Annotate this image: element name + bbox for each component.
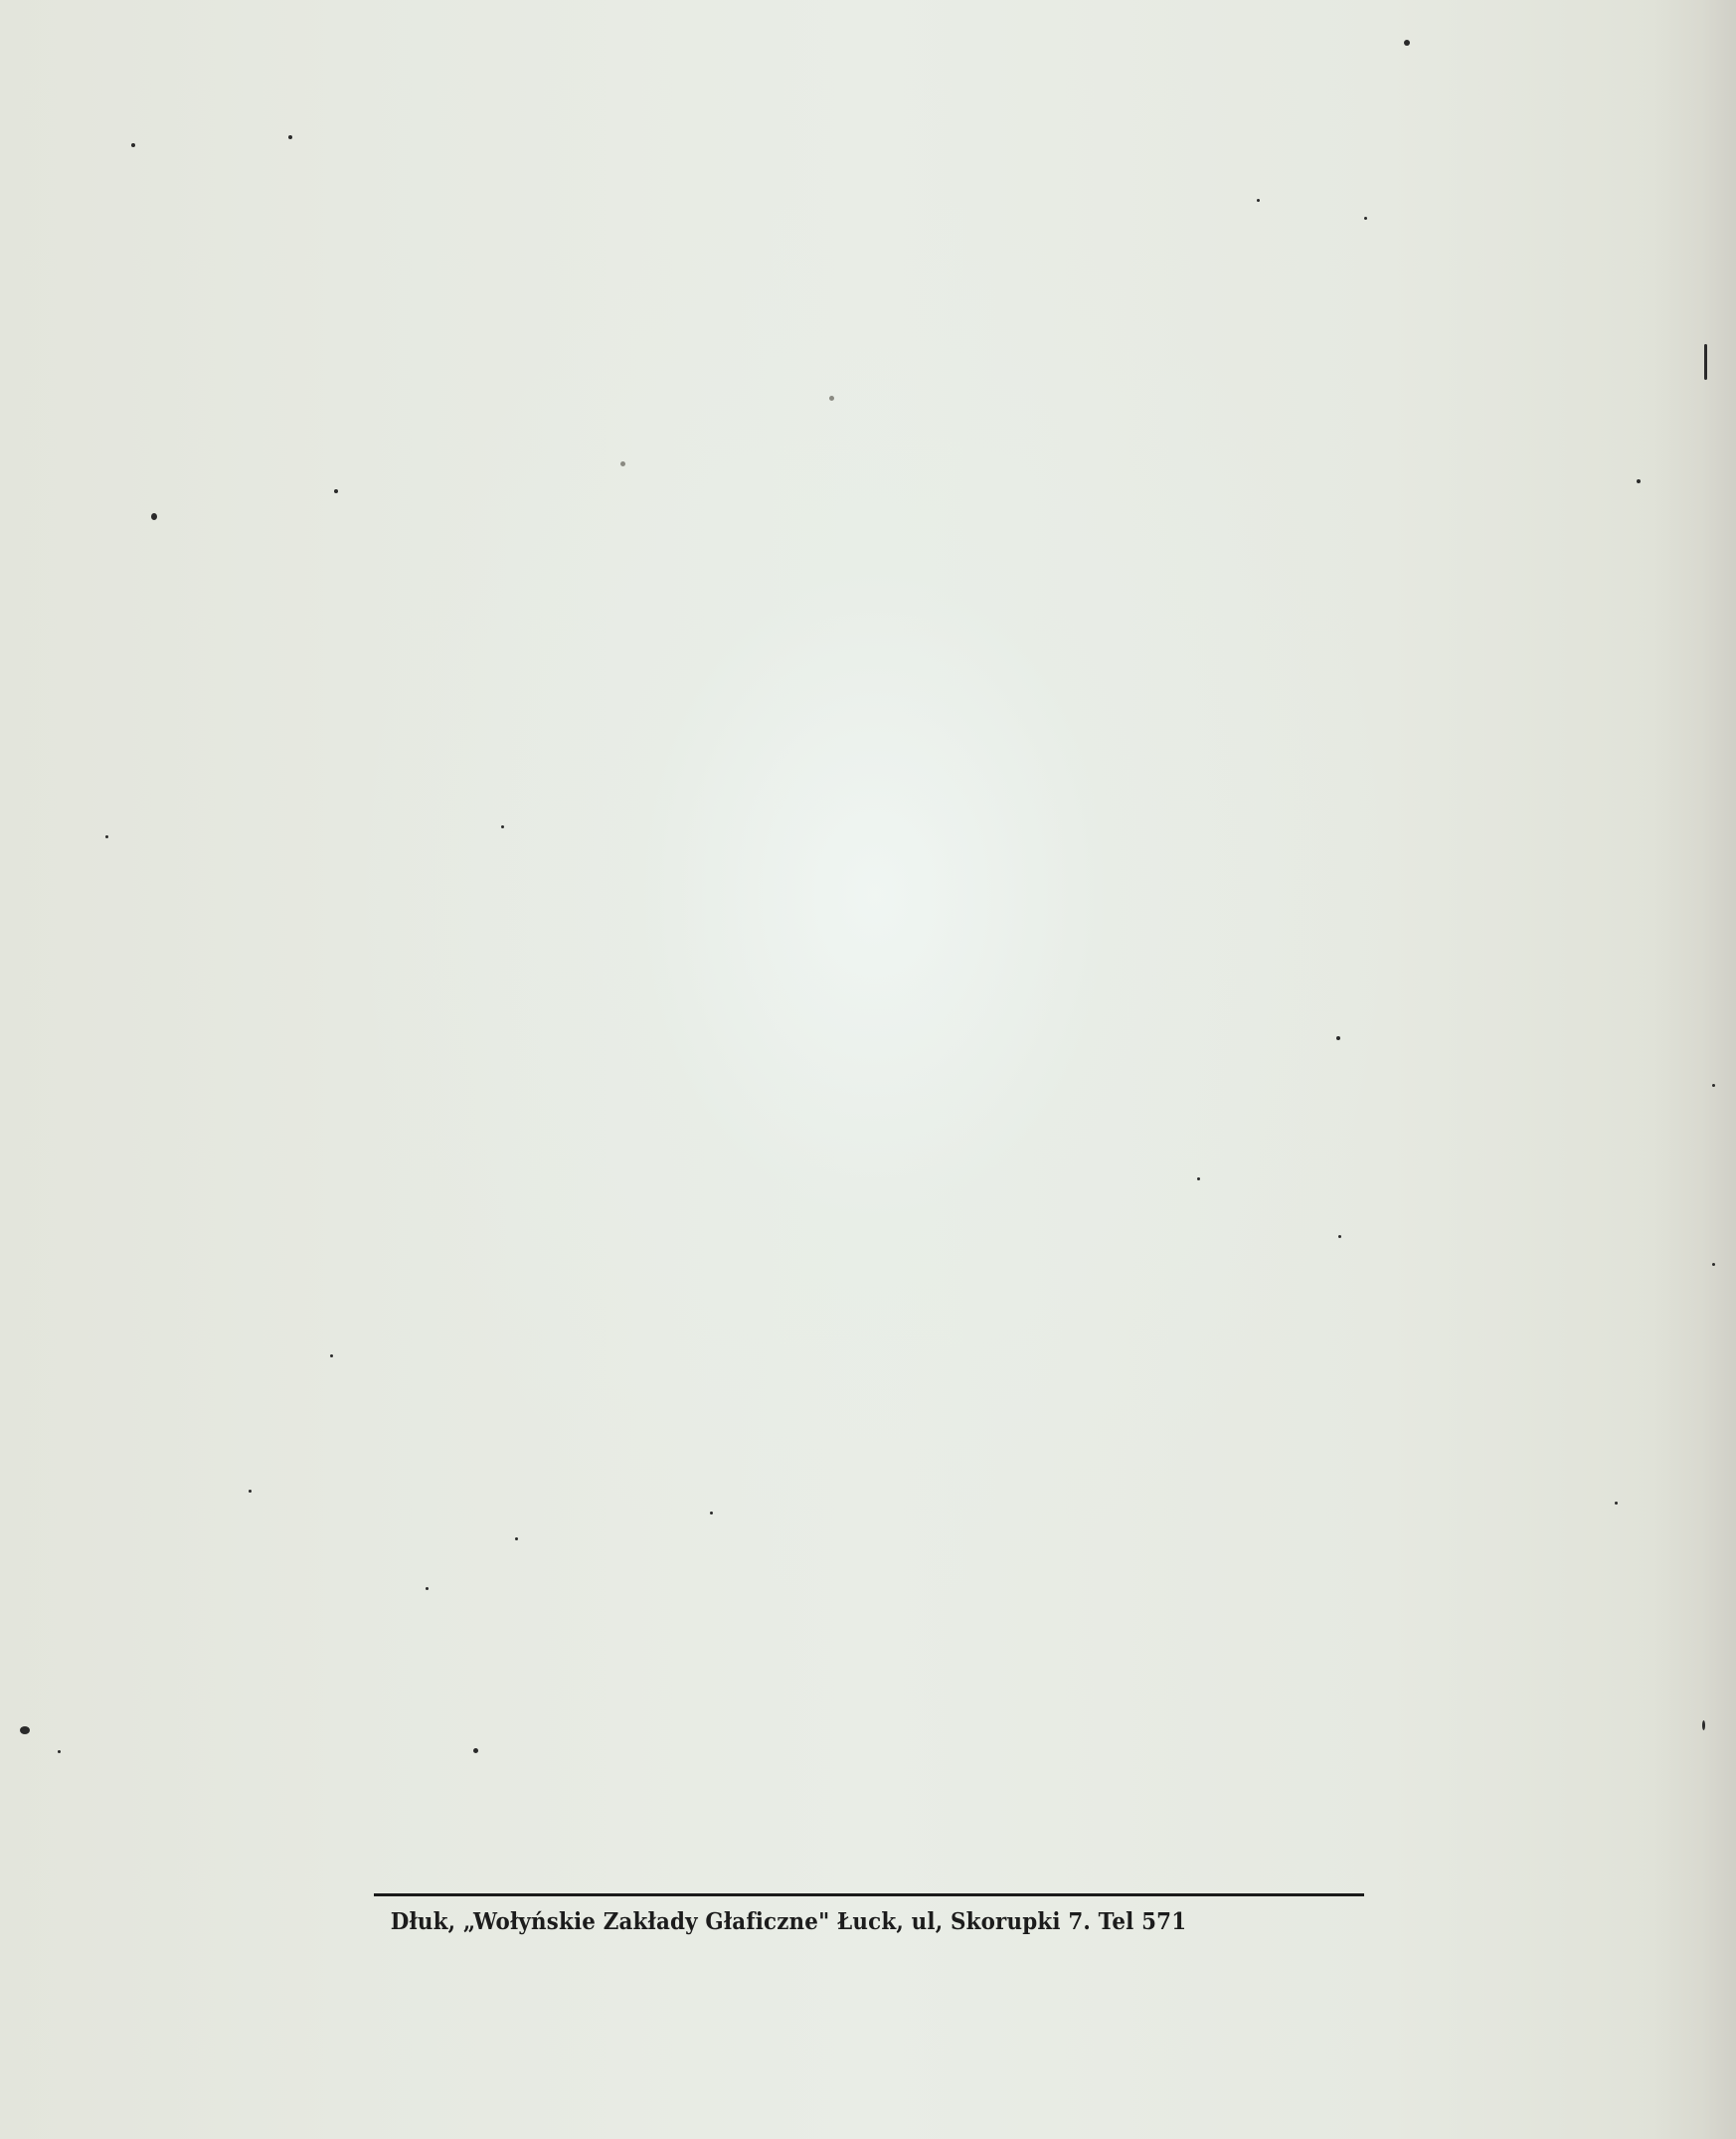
paper-speck	[829, 396, 834, 401]
paper-speck	[501, 825, 504, 828]
paper-speck	[1702, 1720, 1705, 1730]
paper-speck	[20, 1726, 30, 1734]
paper-speck	[515, 1537, 518, 1540]
paper-speck	[249, 1490, 252, 1493]
paper-speck	[1197, 1177, 1200, 1180]
paper-speck	[1712, 1263, 1715, 1266]
paper-speck	[105, 835, 108, 838]
paper-speck	[1615, 1502, 1618, 1505]
paper-speck	[288, 135, 292, 139]
paper-speck	[1364, 217, 1367, 220]
paper-speck	[620, 461, 625, 466]
paper-speck	[426, 1587, 429, 1590]
paper-speck	[1704, 344, 1707, 380]
paper-speck	[151, 513, 157, 520]
imprint-text: Dłuk, „Wołyńskie Zakłady Głaficzne" Łuck…	[374, 1908, 1295, 1935]
paper-speck	[1712, 1084, 1715, 1087]
paper-speck	[334, 489, 338, 493]
printer-imprint: Dłuk, „Wołyńskie Zakłady Głaficzne" Łuck…	[374, 1893, 1364, 1935]
paper-speck	[330, 1354, 333, 1357]
paper-speck	[1336, 1036, 1340, 1040]
page-edge-shadow	[1650, 0, 1736, 2139]
paper-page: Dłuk, „Wołyńskie Zakłady Głaficzne" Łuck…	[0, 0, 1736, 2139]
paper-speck	[1637, 479, 1641, 483]
paper-speck	[1257, 199, 1260, 202]
paper-speck	[58, 1750, 61, 1753]
paper-speck	[710, 1512, 713, 1515]
paper-speck	[1338, 1235, 1341, 1238]
paper-speck	[1404, 40, 1410, 46]
paper-speck	[131, 143, 135, 147]
paper-speck	[473, 1748, 478, 1753]
imprint-rule	[374, 1893, 1364, 1896]
